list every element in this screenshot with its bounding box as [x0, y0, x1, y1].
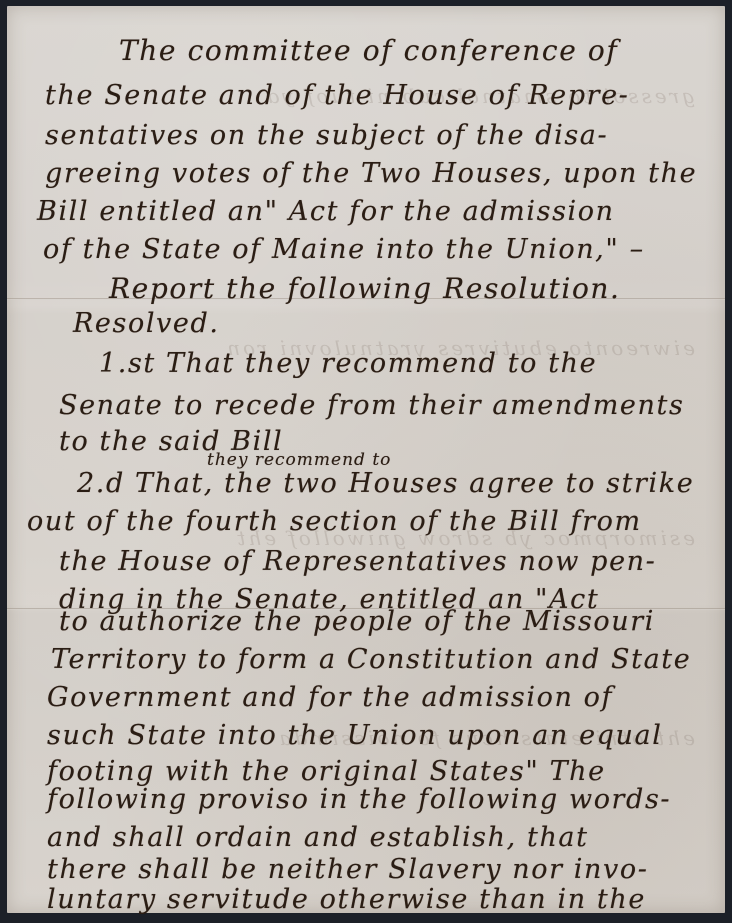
- document-viewer: gressoi to smatnol cub ni tuof yd eiwreo…: [0, 0, 732, 923]
- text-line: the Senate and of the House of Repre-: [45, 80, 629, 111]
- text-line: following proviso in the following words…: [47, 784, 671, 815]
- text-line: Senate to recede from their amendments: [59, 390, 684, 421]
- text-line: of the State of Maine into the Union," –: [43, 234, 645, 265]
- text-line: out of the fourth section of the Bill fr…: [27, 506, 642, 537]
- text-line: The committee of conference of: [119, 34, 618, 67]
- text-line: the House of Representatives now pen-: [59, 546, 656, 577]
- resolved-label: Resolved.: [73, 308, 220, 339]
- text-line: sentatives on the subject of the disa-: [45, 120, 608, 151]
- text-line: Government and for the admission of: [47, 682, 613, 713]
- text-line: greeing votes of the Two Houses, upon th…: [45, 158, 697, 189]
- text-line: there shall be neither Slavery nor invo-: [47, 854, 648, 885]
- resolution-2: 2.d That, the two Houses agree to strike: [77, 468, 694, 499]
- manuscript-page: gressoi to smatnol cub ni tuof yd eiwreo…: [7, 6, 725, 913]
- interlinear-insertion: they recommend to: [207, 450, 391, 470]
- handwritten-text: The committee of conference of the Senat…: [7, 6, 725, 913]
- report-heading: Report the following Resolution.: [109, 272, 621, 305]
- text-line: and shall ordain and establish, that: [47, 822, 589, 853]
- resolution-1: 1.st That they recommend to the: [99, 348, 597, 379]
- text-line: Territory to form a Constitution and Sta…: [51, 644, 691, 675]
- text-line: such State into the Union upon an equal: [47, 720, 662, 751]
- text-line: luntary servitude otherwise than in the: [47, 884, 646, 915]
- text-line: to authorize the people of the Missouri: [59, 606, 655, 637]
- text-line: footing with the original States" The: [47, 756, 606, 787]
- text-line: Bill entitled an" Act for the admission: [37, 196, 615, 227]
